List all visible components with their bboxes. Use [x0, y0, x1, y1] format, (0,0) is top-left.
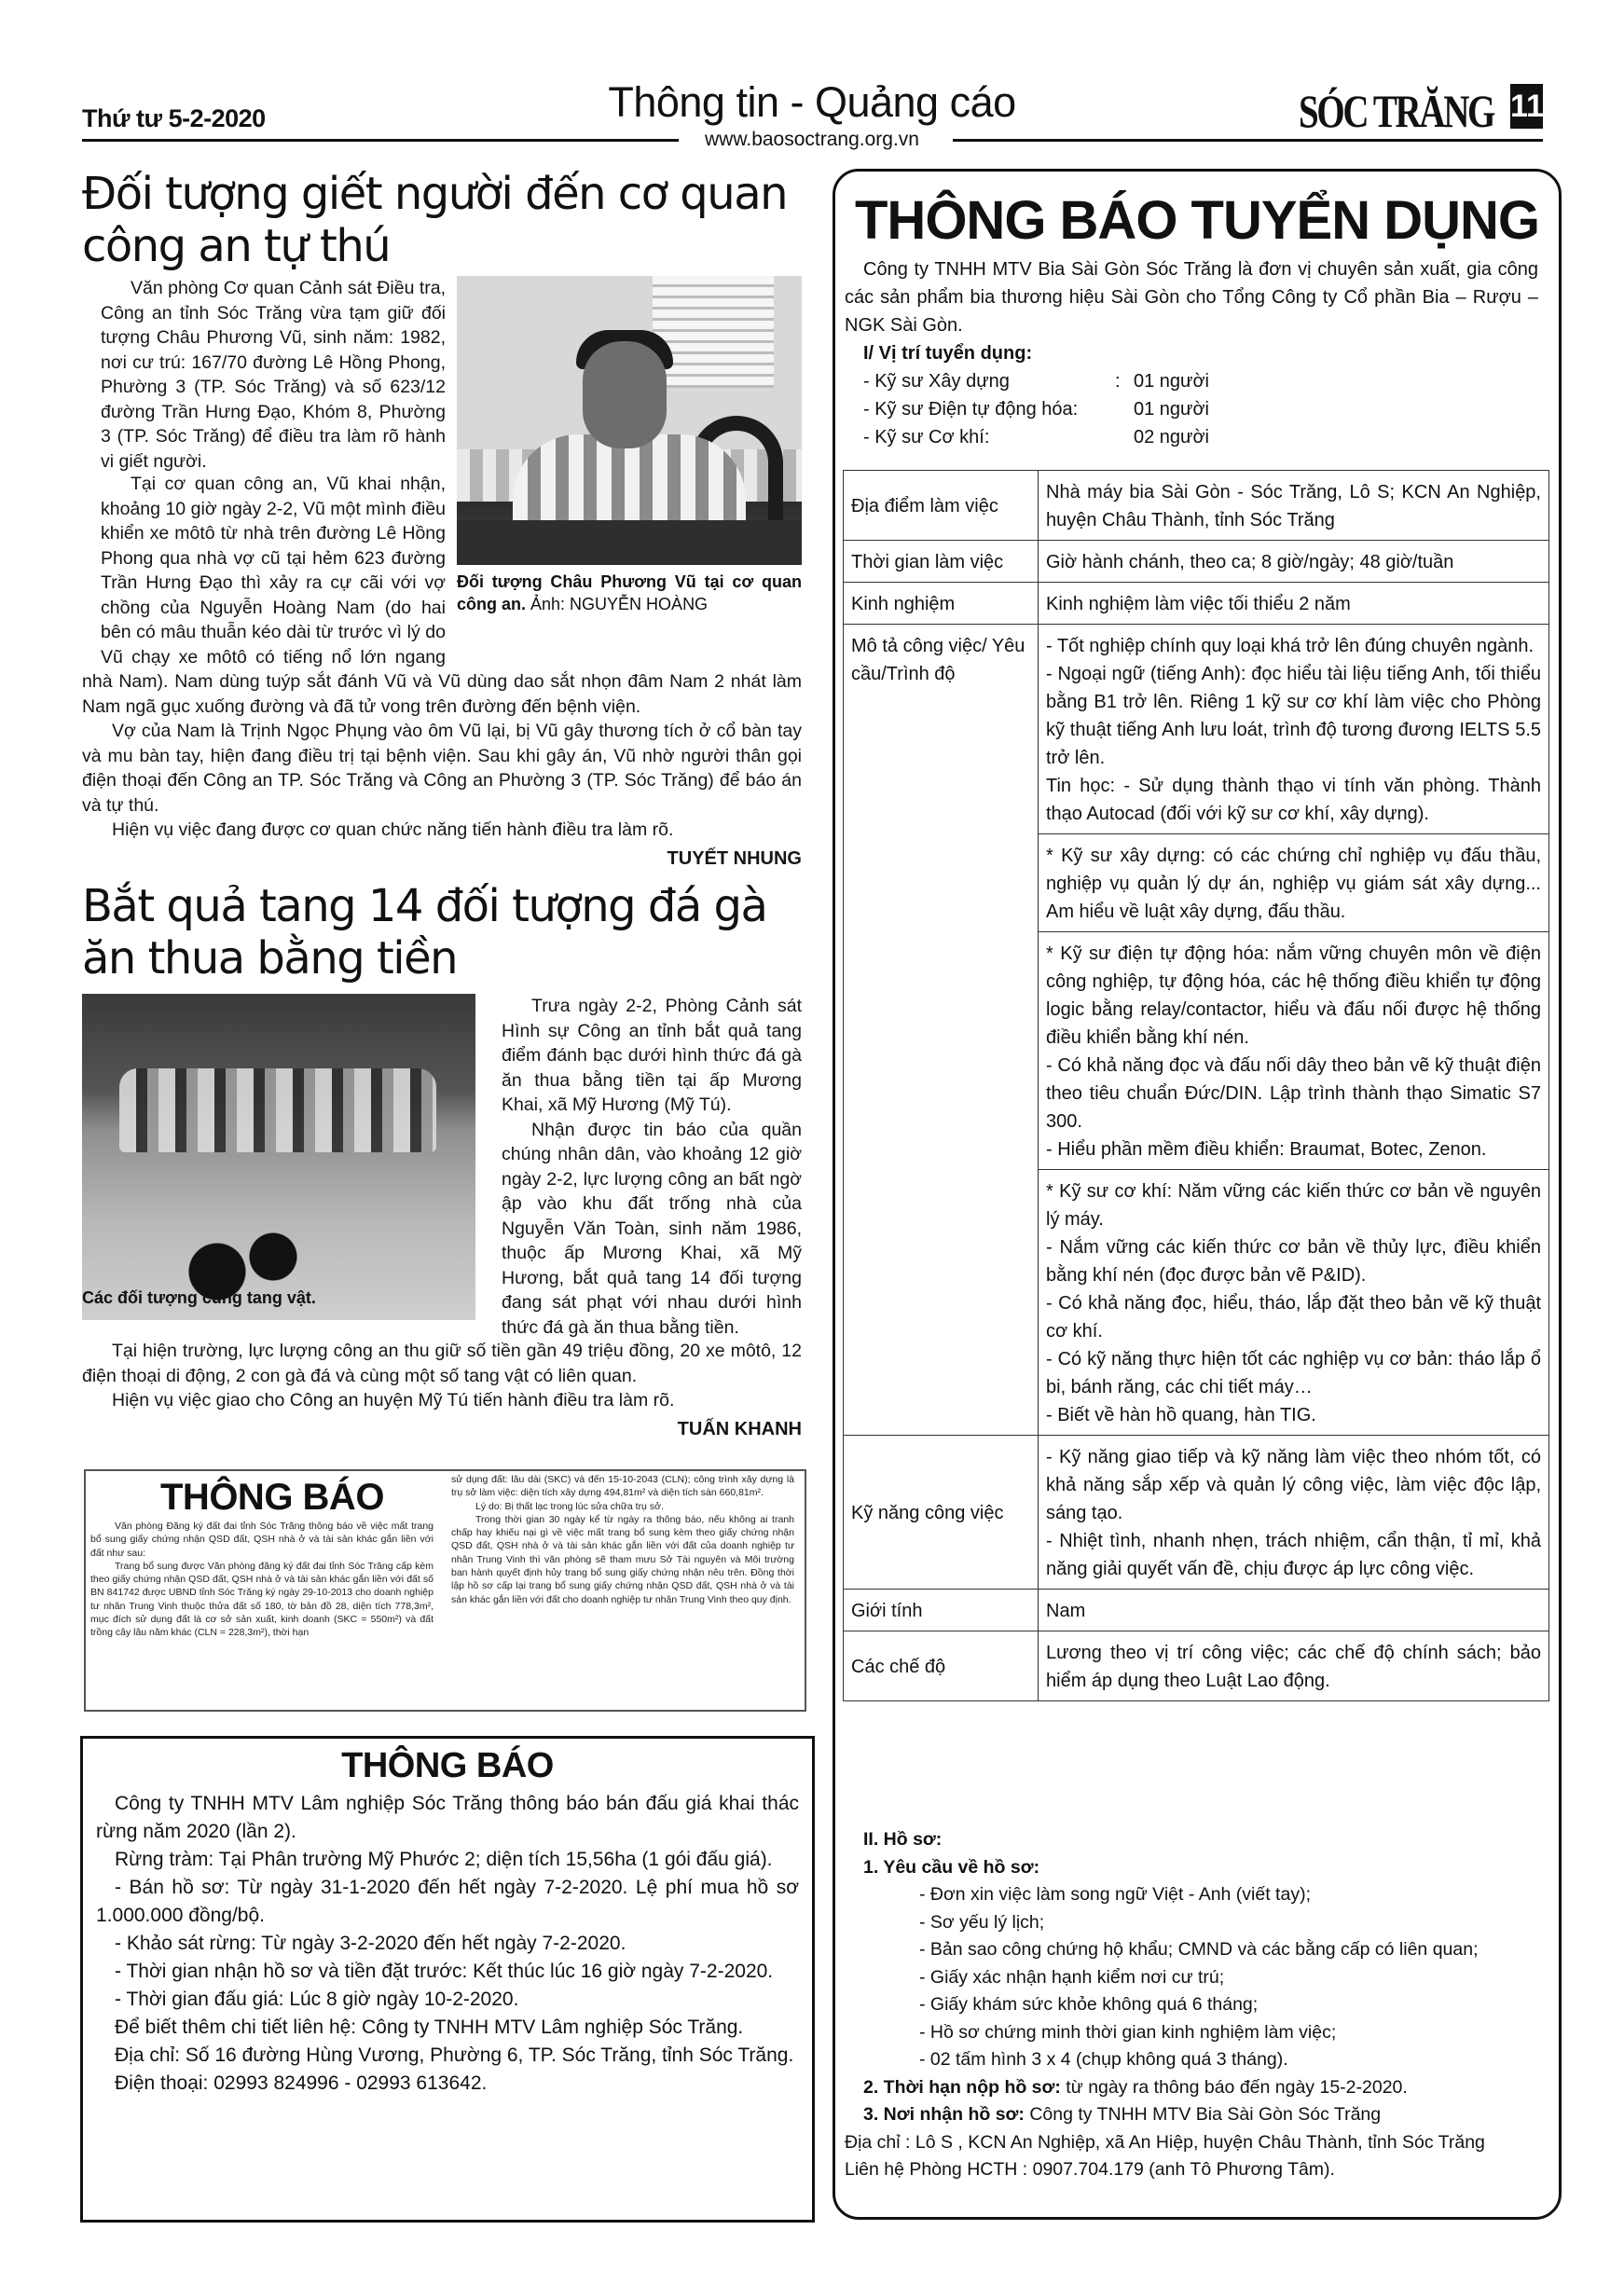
byline: TUẤN KHANH	[82, 1417, 802, 1442]
notice-land-certificate: THÔNG BÁO Văn phòng Đăng ký đất đai tỉnh…	[84, 1469, 806, 1712]
paragraph: - Khảo sát rừng: Từ ngày 3-2-2020 đến hế…	[96, 1930, 799, 1958]
table-row: Địa điểm làm việc Nhà máy bia Sài Gòn - …	[844, 471, 1549, 541]
company-intro: Công ty TNHH MTV Bia Sài Gòn Sóc Trăng l…	[835, 252, 1559, 339]
position-row: - Kỹ sư Cơ khí: 02 người	[863, 423, 1559, 451]
deadline: 2. Thời hạn nộp hồ sơ: từ ngày ra thông …	[863, 2074, 1553, 2102]
notice-forest-auction: THÔNG BÁO Công ty TNHH MTV Lâm nghiệp Só…	[80, 1736, 815, 2223]
company-address: Địa chỉ : Lô S , KCN An Nghiệp, xã An Hi…	[845, 2129, 1553, 2157]
header-rule-right	[953, 139, 1543, 142]
cockfight-photo	[82, 994, 475, 1320]
list-item: - Đơn xin việc làm song ngữ Việt - Anh (…	[863, 1881, 1553, 1909]
article-murder-surrender: Đối tượng giết người đến cơ quan công an…	[82, 168, 802, 272]
position-row: - Kỹ sư Xây dựng : 01 người	[863, 367, 1559, 395]
paragraph: Trang bổ sung được Văn phòng đăng ký đất…	[90, 1560, 434, 1640]
paragraph: sử dụng đất: lâu dài (SKC) và đến 15-10-…	[451, 1473, 794, 1500]
list-item: - Giấy xác nhận hạnh kiểm nơi cư trú;	[863, 1964, 1553, 1992]
submission-place: 3. Nơi nhận hồ sơ: Công ty TNHH MTV Bia …	[863, 2101, 1553, 2129]
byline: TUYẾT NHUNG	[82, 847, 802, 872]
table-row: Kỹ năng công việc - Kỹ năng giao tiếp và…	[844, 1436, 1549, 1590]
article-body-side: Trưa ngày 2-2, Phòng Cảnh sát Hình sự Cô…	[502, 994, 802, 1340]
photo-caption: Đối tượng Châu Phương Vũ tại cơ quan côn…	[457, 571, 802, 615]
photo-caption: Các đối tượng cùng tang vật.	[82, 1287, 475, 1309]
masthead: Thứ tư 5-2-2020 Thông tin - Quảng cáo ww…	[0, 0, 1624, 158]
paragraph: - Thời gian nhận hồ sơ và tiền đặt trước…	[96, 1958, 799, 1986]
header-rule-left	[82, 139, 679, 142]
positions-list: - Kỹ sư Xây dựng : 01 người - Kỹ sư Điện…	[835, 367, 1559, 451]
article-headline: Bắt quả tang 14 đối tượng đá gà ăn thua …	[82, 880, 791, 984]
list-item: - Hồ sơ chứng minh thời gian kinh nghiệm…	[863, 2019, 1553, 2047]
notice-column-2: sử dụng đất: lâu dài (SKC) và đến 15-10-…	[451, 1473, 794, 1606]
window-shutter	[653, 276, 774, 388]
paragraph: Để biết thêm chi tiết liên hệ: Công ty T…	[96, 2014, 799, 2042]
contact-phone: Liên hệ Phòng HCTH : 0907.704.179 (anh T…	[845, 2156, 1553, 2184]
suspects-group	[119, 1068, 436, 1152]
notice-title: THÔNG BÁO	[83, 1746, 812, 1786]
paragraph: Tại hiện trường, lực lượng công an thu g…	[82, 1339, 802, 1388]
article-headline: Đối tượng giết người đến cơ quan công an…	[82, 168, 791, 272]
docs-section-label: II. Hồ sơ:	[863, 1826, 1553, 1854]
table-row: Mô tả công việc/ Yêu cầu/Trình độ - Tốt …	[844, 625, 1549, 834]
recruitment-title: THÔNG BÁO TUYỂN DỤNG	[835, 190, 1559, 252]
paragraph: Vợ của Nam là Trịnh Ngọc Phụng vào ôm Vũ…	[82, 719, 802, 818]
notice-content: Công ty TNHH MTV Lâm nghiệp Sóc Trăng th…	[83, 1790, 812, 2098]
notice-title: THÔNG BÁO	[160, 1477, 384, 1519]
paragraph: - Thời gian đấu giá: Lúc 8 giờ ngày 10-2…	[96, 1986, 799, 2014]
paragraph: Văn phòng Đăng ký đất đai tỉnh Sóc Trăng…	[90, 1520, 434, 1560]
table-row: Giới tính Nam	[844, 1590, 1549, 1631]
requirements-table: Địa điểm làm việc Nhà máy bia Sài Gòn - …	[843, 470, 1549, 1701]
paragraph: Địa chỉ: Số 16 đường Hùng Vương, Phường …	[96, 2042, 799, 2070]
position-row: - Kỹ sư Điện tự động hóa: 01 người	[863, 395, 1559, 423]
article-body-narrow-2: Tại cơ quan công an, Vũ khai nhận, khoản…	[101, 472, 446, 669]
paragraph: Điện thoại: 02993 824996 - 02993 613642.	[96, 2070, 799, 2098]
suspect-photo	[457, 276, 802, 565]
paragraph: Hiện vụ việc giao cho Công an huyện Mỹ T…	[82, 1388, 802, 1413]
list-item: - Bản sao công chứng hộ khẩu; CMND và cá…	[863, 1936, 1553, 1964]
paragraph: Văn phòng Cơ quan Cảnh sát Điều tra, Côn…	[101, 276, 446, 474]
table-row: Các chế độ Lương theo vị trí công việc; …	[844, 1631, 1549, 1701]
paragraph: Hiện vụ việc đang được cơ quan chức năng…	[82, 818, 802, 843]
list-item: - Sơ yếu lý lịch;	[863, 1909, 1553, 1937]
paragraph: nhà Nam). Nam dùng tuýp sắt đánh Vũ và V…	[82, 669, 802, 719]
paragraph: Nhận được tin báo của quần chúng nhân dâ…	[502, 1118, 802, 1341]
article-body-narrow: Văn phòng Cơ quan Cảnh sát Điều tra, Côn…	[101, 276, 446, 474]
newspaper-logo: SÓC TRĂNG	[1299, 84, 1493, 138]
paragraph: Tại cơ quan công an, Vũ khai nhận, khoản…	[101, 472, 446, 669]
article-cockfight-bust: Bắt quả tang 14 đối tượng đá gà ăn thua …	[82, 880, 802, 984]
recruitment-notice: THÔNG BÁO TUYỂN DỤNG Công ty TNHH MTV Bi…	[833, 169, 1562, 2220]
docs-requirements-label: 1. Yêu cầu về hồ sơ:	[863, 1854, 1553, 1882]
table-row: Thời gian làm việc Giờ hành chánh, theo …	[844, 541, 1549, 583]
article-body-wide: Tại hiện trường, lực lượng công an thu g…	[82, 1339, 802, 1441]
paragraph: Lý do: Bị thất lạc trong lúc sửa chữa tr…	[451, 1500, 794, 1513]
photo-credit: Ảnh: NGUYỄN HOÀNG	[526, 595, 708, 613]
application-documents: II. Hồ sơ: 1. Yêu cầu về hồ sơ: - Đơn xi…	[863, 1826, 1553, 2184]
list-item: - Giấy khám sức khỏe không quá 6 tháng;	[863, 1991, 1553, 2019]
paragraph: - Bán hồ sơ: Từ ngày 31-1-2020 đến hết n…	[96, 1874, 799, 1930]
list-item: - 02 tấm hình 3 x 4 (chụp không quá 3 th…	[863, 2046, 1553, 2074]
notice-column-1: Văn phòng Đăng ký đất đai tỉnh Sóc Trăng…	[90, 1520, 434, 1640]
paragraph: Công ty TNHH MTV Lâm nghiệp Sóc Trăng th…	[96, 1790, 799, 1846]
paragraph: Trưa ngày 2-2, Phòng Cảnh sát Hình sự Cô…	[502, 994, 802, 1118]
paragraph: Trong thời gian 30 ngày kể từ ngày ra th…	[451, 1513, 794, 1606]
table-row: Kinh nghiệm Kinh nghiệm làm việc tối thi…	[844, 583, 1549, 625]
article-body-wide: nhà Nam). Nam dùng tuýp sắt đánh Vũ và V…	[82, 669, 802, 871]
paragraph: Rừng tràm: Tại Phân trường Mỹ Phước 2; d…	[96, 1846, 799, 1874]
positions-label: I/ Vị trí tuyển dụng:	[835, 339, 1559, 367]
page-number-badge: 11	[1510, 84, 1543, 129]
